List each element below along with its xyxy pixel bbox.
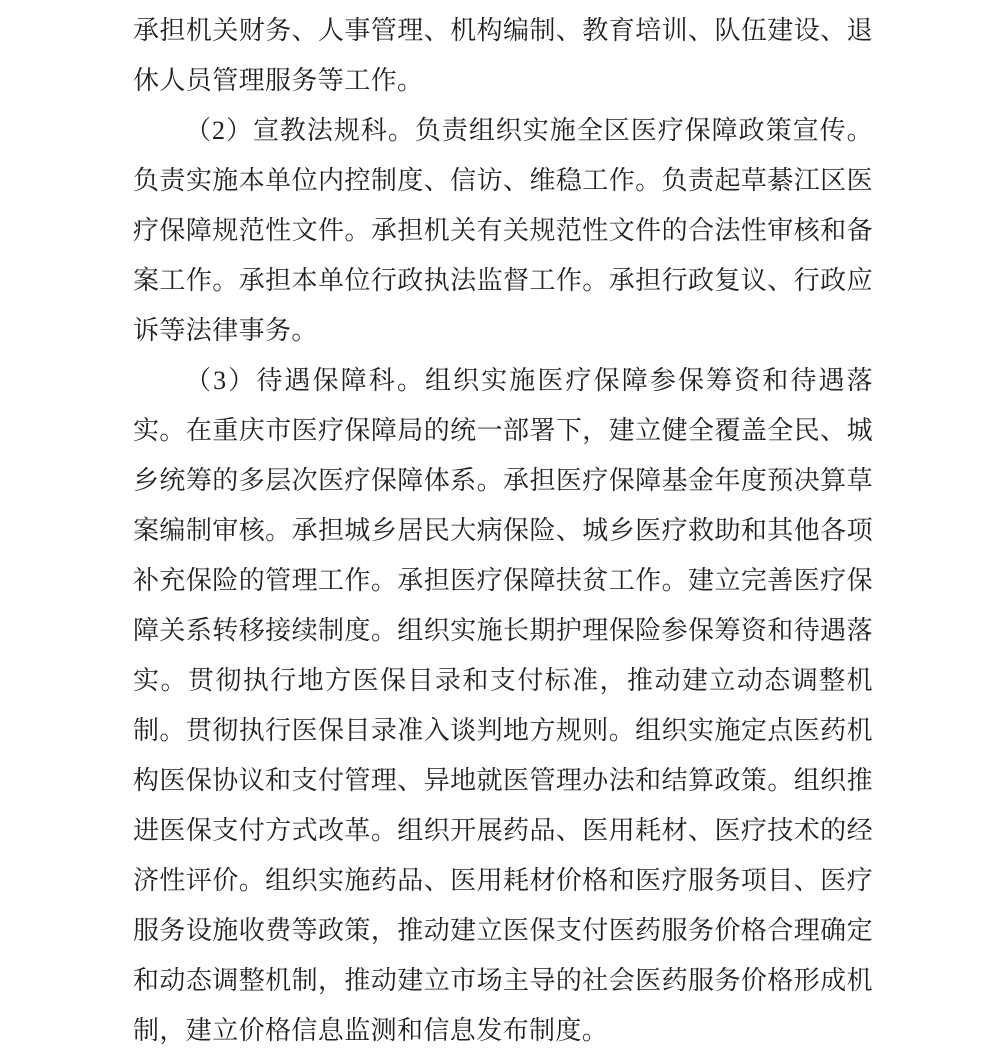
paragraph-continuation: 承担机关财务、人事管理、机构编制、教育培训、队伍建设、退休人员管理服务等工作。 (133, 6, 873, 106)
document-page: 承担机关财务、人事管理、机构编制、教育培训、队伍建设、退休人员管理服务等工作。 … (0, 0, 1000, 1053)
paragraph-section-3-daiyu-baozhang: （3）待遇保障科。组织实施医疗保障参保筹资和待遇落实。在重庆市医疗保障局的统一部… (133, 356, 873, 1053)
document-body: 承担机关财务、人事管理、机构编制、教育培训、队伍建设、退休人员管理服务等工作。 … (133, 6, 873, 1053)
paragraph-section-2-xuanjiao-fagui: （2）宣教法规科。负责组织实施全区医疗保障政策宣传。负责实施本单位内控制度、信访… (133, 106, 873, 356)
